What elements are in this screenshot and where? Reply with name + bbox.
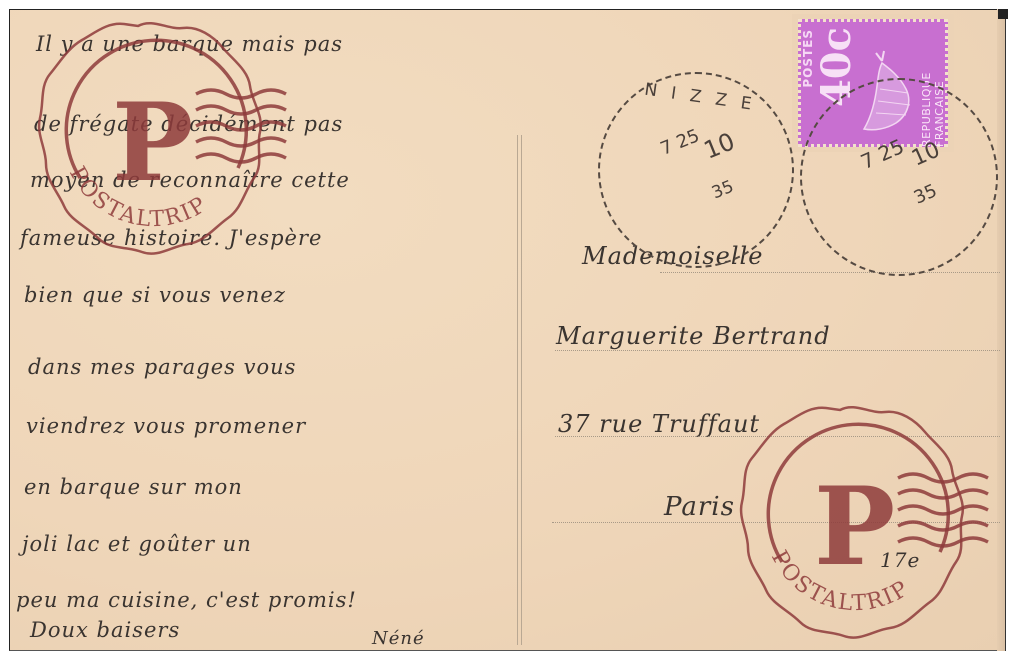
message-line: bien que si vous venez bbox=[24, 283, 286, 307]
postmark-year: 35 bbox=[911, 180, 940, 209]
scan-corner bbox=[998, 9, 1008, 19]
postaltrip-watermark-icon: P POSTALTRIP bbox=[28, 18, 288, 258]
postmark: 7 25 10 35 bbox=[800, 78, 998, 276]
signature: Néné bbox=[372, 628, 425, 649]
center-divider bbox=[517, 135, 522, 645]
postmark-day: 10 bbox=[908, 137, 944, 171]
address-line bbox=[660, 272, 1000, 273]
postmark: NIZZE 7 25 10 35 bbox=[598, 72, 794, 268]
address-name: Marguerite Bertrand bbox=[556, 322, 831, 350]
message-line: joli lac et goûter un bbox=[22, 532, 252, 556]
message-line: en barque sur mon bbox=[24, 475, 243, 499]
message-line: Doux baisers bbox=[30, 618, 180, 642]
postmark-time: 7 25 bbox=[857, 134, 907, 174]
message-line: dans mes parages vous bbox=[28, 355, 296, 379]
svg-text:P: P bbox=[112, 80, 193, 206]
postmark-year: 35 bbox=[709, 177, 737, 204]
address-city: Paris bbox=[664, 492, 735, 522]
message-line: peu ma cuisine, c'est promis! bbox=[16, 588, 357, 612]
svg-text:P: P bbox=[814, 464, 895, 590]
postaltrip-watermark-icon: P POSTALTRIP bbox=[730, 402, 990, 642]
message-line: viendrez vous promener bbox=[26, 414, 306, 438]
postcard-edge bbox=[997, 9, 1006, 651]
address-line bbox=[555, 350, 1000, 351]
postmark-time: 7 25 bbox=[658, 125, 703, 159]
postmark-day: 10 bbox=[700, 127, 739, 164]
